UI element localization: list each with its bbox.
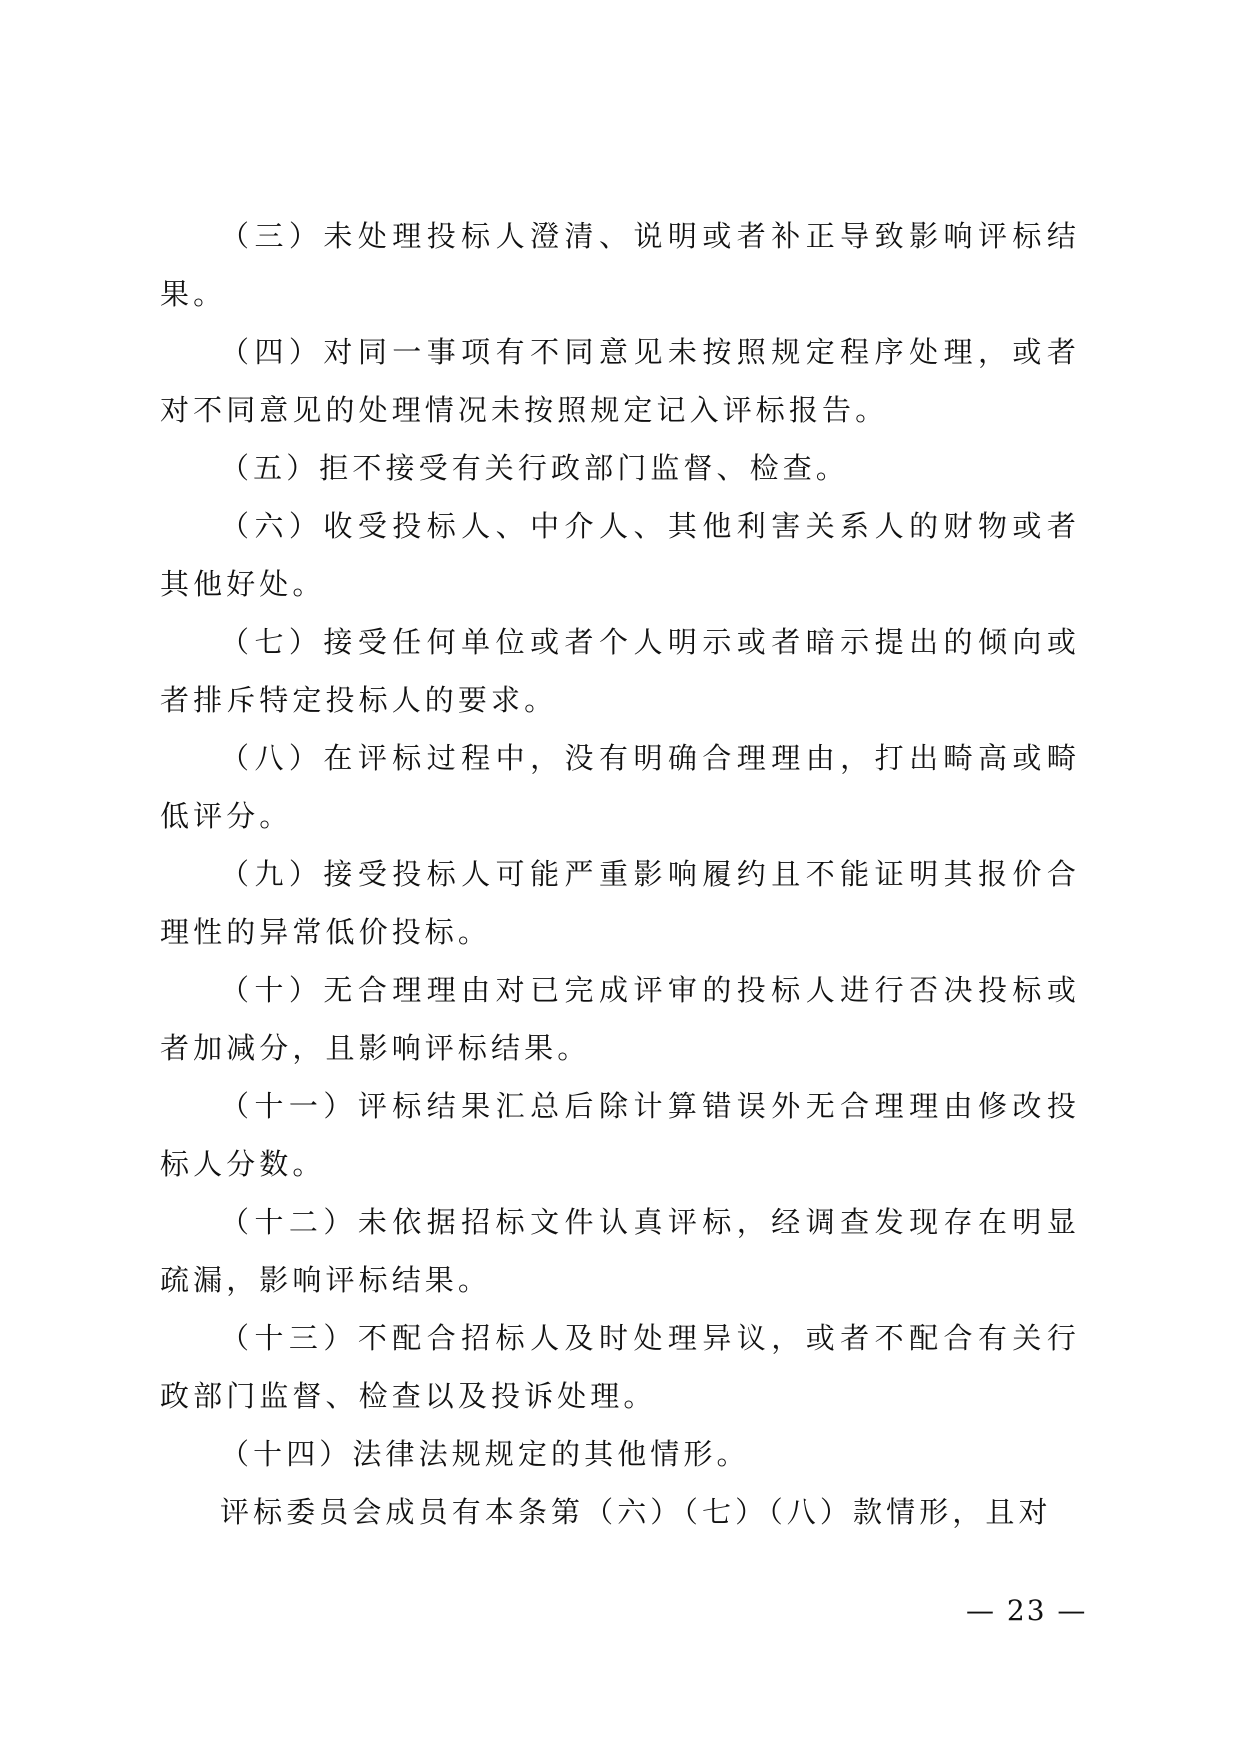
document-body: （三）未处理投标人澄清、说明或者补正导致影响评标结果。 （四）对同一事项有不同意… xyxy=(160,207,1080,1541)
document-page: （三）未处理投标人澄清、说明或者补正导致影响评标结果。 （四）对同一事项有不同意… xyxy=(0,0,1240,1754)
paragraph-item-4: （四）对同一事项有不同意见未按照规定程序处理，或者对不同意见的处理情况未按照规定… xyxy=(160,323,1080,439)
paragraph-item-9: （九）接受投标人可能严重影响履约且不能证明其报价合理性的异常低价投标。 xyxy=(160,845,1080,961)
paragraph-item-5: （五）拒不接受有关行政部门监督、检查。 xyxy=(160,439,1080,497)
paragraph-item-14: （十四）法律法规规定的其他情形。 xyxy=(160,1425,1080,1483)
paragraph-closing: 评标委员会成员有本条第（六）（七）（八）款情形，且对 xyxy=(160,1483,1080,1541)
paragraph-item-13: （十三）不配合招标人及时处理异议，或者不配合有关行政部门监督、检查以及投诉处理。 xyxy=(160,1309,1080,1425)
paragraph-item-10: （十）无合理理由对已完成评审的投标人进行否决投标或者加减分，且影响评标结果。 xyxy=(160,961,1080,1077)
paragraph-item-3: （三）未处理投标人澄清、说明或者补正导致影响评标结果。 xyxy=(160,207,1080,323)
paragraph-item-6: （六）收受投标人、中介人、其他利害关系人的财物或者其他好处。 xyxy=(160,497,1080,613)
paragraph-item-7: （七）接受任何单位或者个人明示或者暗示提出的倾向或者排斥特定投标人的要求。 xyxy=(160,613,1080,729)
paragraph-item-11: （十一）评标结果汇总后除计算错误外无合理理由修改投标人分数。 xyxy=(160,1077,1080,1193)
page-number: — 23 — xyxy=(966,1594,1087,1627)
paragraph-item-12: （十二）未依据招标文件认真评标，经调查发现存在明显疏漏，影响评标结果。 xyxy=(160,1193,1080,1309)
paragraph-item-8: （八）在评标过程中，没有明确合理理由，打出畸高或畸低评分。 xyxy=(160,729,1080,845)
